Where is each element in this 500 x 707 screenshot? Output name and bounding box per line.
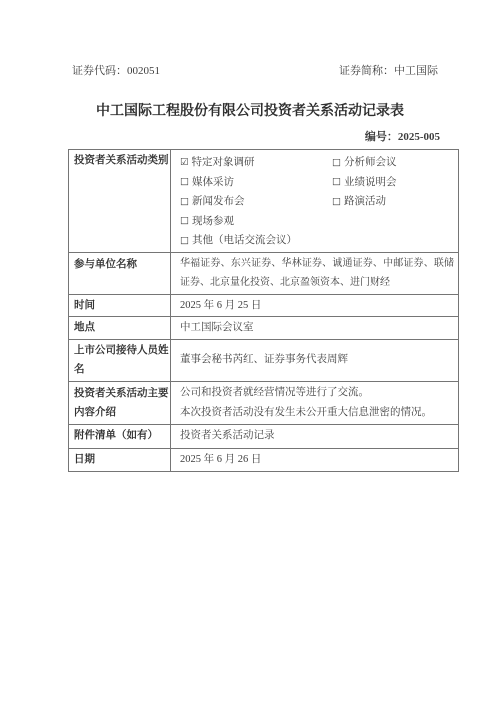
checkbox-option-label: 业绩说明会 bbox=[344, 177, 397, 188]
checkbox-unchecked-icon: □ bbox=[180, 176, 189, 187]
page-title: 中工国际工程股份有限公司投资者关系活动记录表 bbox=[0, 102, 500, 122]
row-label-hosts: 上市公司接待人员姓名 bbox=[69, 339, 171, 381]
checkbox-option-label: 分析师会议 bbox=[344, 157, 397, 168]
row-label-location: 地点 bbox=[69, 317, 171, 340]
checkbox-option-label: 路演活动 bbox=[344, 196, 386, 207]
checkbox-option: ☑特定对象调研 bbox=[180, 153, 332, 173]
activity-options-left: ☑特定对象调研 □媒体采访 □新闻发布会 □现场参观 □其他（电话交流会议） bbox=[180, 153, 332, 251]
checkbox-option-label: 现场参观 bbox=[192, 216, 234, 227]
checkbox-option: □路演活动 bbox=[332, 192, 396, 212]
row-label-activity-type: 投资者关系活动类别 bbox=[69, 150, 171, 253]
row-label-main-content: 投资者关系活动主要内容介绍 bbox=[69, 381, 171, 424]
stock-abbr-label: 证券简称：中工国际 bbox=[339, 64, 438, 78]
checkbox-option: □分析师会议 bbox=[332, 153, 396, 173]
record-table: 投资者关系活动类别 ☑特定对象调研 □媒体采访 □新闻发布会 □现场参观 □其他… bbox=[68, 149, 459, 472]
stock-code-label: 证券代码：002051 bbox=[72, 64, 160, 78]
checkbox-unchecked-icon: □ bbox=[332, 157, 341, 168]
checkbox-option-label: 其他（电话交流会议） bbox=[192, 235, 297, 246]
row-attachments: 附件清单（如有） 投资者关系活动记录 bbox=[69, 424, 459, 448]
checkbox-option: □现场参观 bbox=[180, 212, 332, 232]
row-label-participants: 参与单位名称 bbox=[69, 252, 171, 294]
row-time: 时间 2025 年 6 月 25 日 bbox=[69, 294, 459, 317]
activity-options: ☑特定对象调研 □媒体采访 □新闻发布会 □现场参观 □其他（电话交流会议） □… bbox=[180, 153, 454, 251]
checkbox-unchecked-icon: □ bbox=[332, 176, 341, 187]
row-value-participants: 华福证券、东兴证券、华林证券、诚通证券、中邮证券、联储证券、北京量化投资、北京盈… bbox=[171, 252, 459, 294]
header-meta: 证券代码：002051 证券简称：中工国际 bbox=[0, 0, 500, 78]
row-label-time: 时间 bbox=[69, 294, 171, 317]
document-number: 编号：2025-005 bbox=[0, 130, 440, 144]
checkbox-option: □媒体采访 bbox=[180, 173, 332, 193]
row-value-time: 2025 年 6 月 25 日 bbox=[171, 294, 459, 317]
checkbox-unchecked-icon: □ bbox=[332, 196, 341, 207]
row-value-location: 中工国际会议室 bbox=[171, 317, 459, 340]
checkbox-option: □新闻发布会 bbox=[180, 192, 332, 212]
checkbox-unchecked-icon: □ bbox=[180, 196, 189, 207]
document-page: 证券代码：002051 证券简称：中工国际 中工国际工程股份有限公司投资者关系活… bbox=[0, 0, 500, 707]
checkbox-option-label: 新闻发布会 bbox=[192, 196, 245, 207]
row-label-attachments: 附件清单（如有） bbox=[69, 424, 171, 448]
row-main-content: 投资者关系活动主要内容介绍 公司和投资者就经营情况等进行了交流。 本次投资者活动… bbox=[69, 381, 459, 424]
checkbox-option: □其他（电话交流会议） bbox=[180, 231, 332, 251]
row-participants: 参与单位名称 华福证券、东兴证券、华林证券、诚通证券、中邮证券、联储证券、北京量… bbox=[69, 252, 459, 294]
checkbox-option-label: 特定对象调研 bbox=[192, 157, 255, 168]
row-location: 地点 中工国际会议室 bbox=[69, 317, 459, 340]
main-content-line: 公司和投资者就经营情况等进行了交流。 bbox=[180, 383, 454, 403]
row-value-main-content: 公司和投资者就经营情况等进行了交流。 本次投资者活动没有发生未公开重大信息泄密的… bbox=[171, 381, 459, 424]
checkbox-option: □业绩说明会 bbox=[332, 173, 396, 193]
main-content-line: 本次投资者活动没有发生未公开重大信息泄密的情况。 bbox=[180, 403, 454, 423]
row-value-hosts: 董事会秘书芮红、证券事务代表周辉 bbox=[171, 339, 459, 381]
checkbox-unchecked-icon: □ bbox=[180, 235, 189, 246]
checkbox-unchecked-icon: □ bbox=[180, 215, 189, 226]
activity-options-right: □分析师会议 □业绩说明会 □路演活动 bbox=[332, 153, 396, 251]
checkbox-option-label: 媒体采访 bbox=[192, 177, 234, 188]
row-activity-type: 投资者关系活动类别 ☑特定对象调研 □媒体采访 □新闻发布会 □现场参观 □其他… bbox=[69, 150, 459, 253]
row-value-attachments: 投资者关系活动记录 bbox=[171, 424, 459, 448]
row-value-activity-type: ☑特定对象调研 □媒体采访 □新闻发布会 □现场参观 □其他（电话交流会议） □… bbox=[171, 150, 459, 253]
row-label-date: 日期 bbox=[69, 448, 171, 471]
row-date: 日期 2025 年 6 月 26 日 bbox=[69, 448, 459, 471]
checkbox-checked-icon: ☑ bbox=[180, 157, 189, 168]
row-hosts: 上市公司接待人员姓名 董事会秘书芮红、证券事务代表周辉 bbox=[69, 339, 459, 381]
row-value-date: 2025 年 6 月 26 日 bbox=[171, 448, 459, 471]
